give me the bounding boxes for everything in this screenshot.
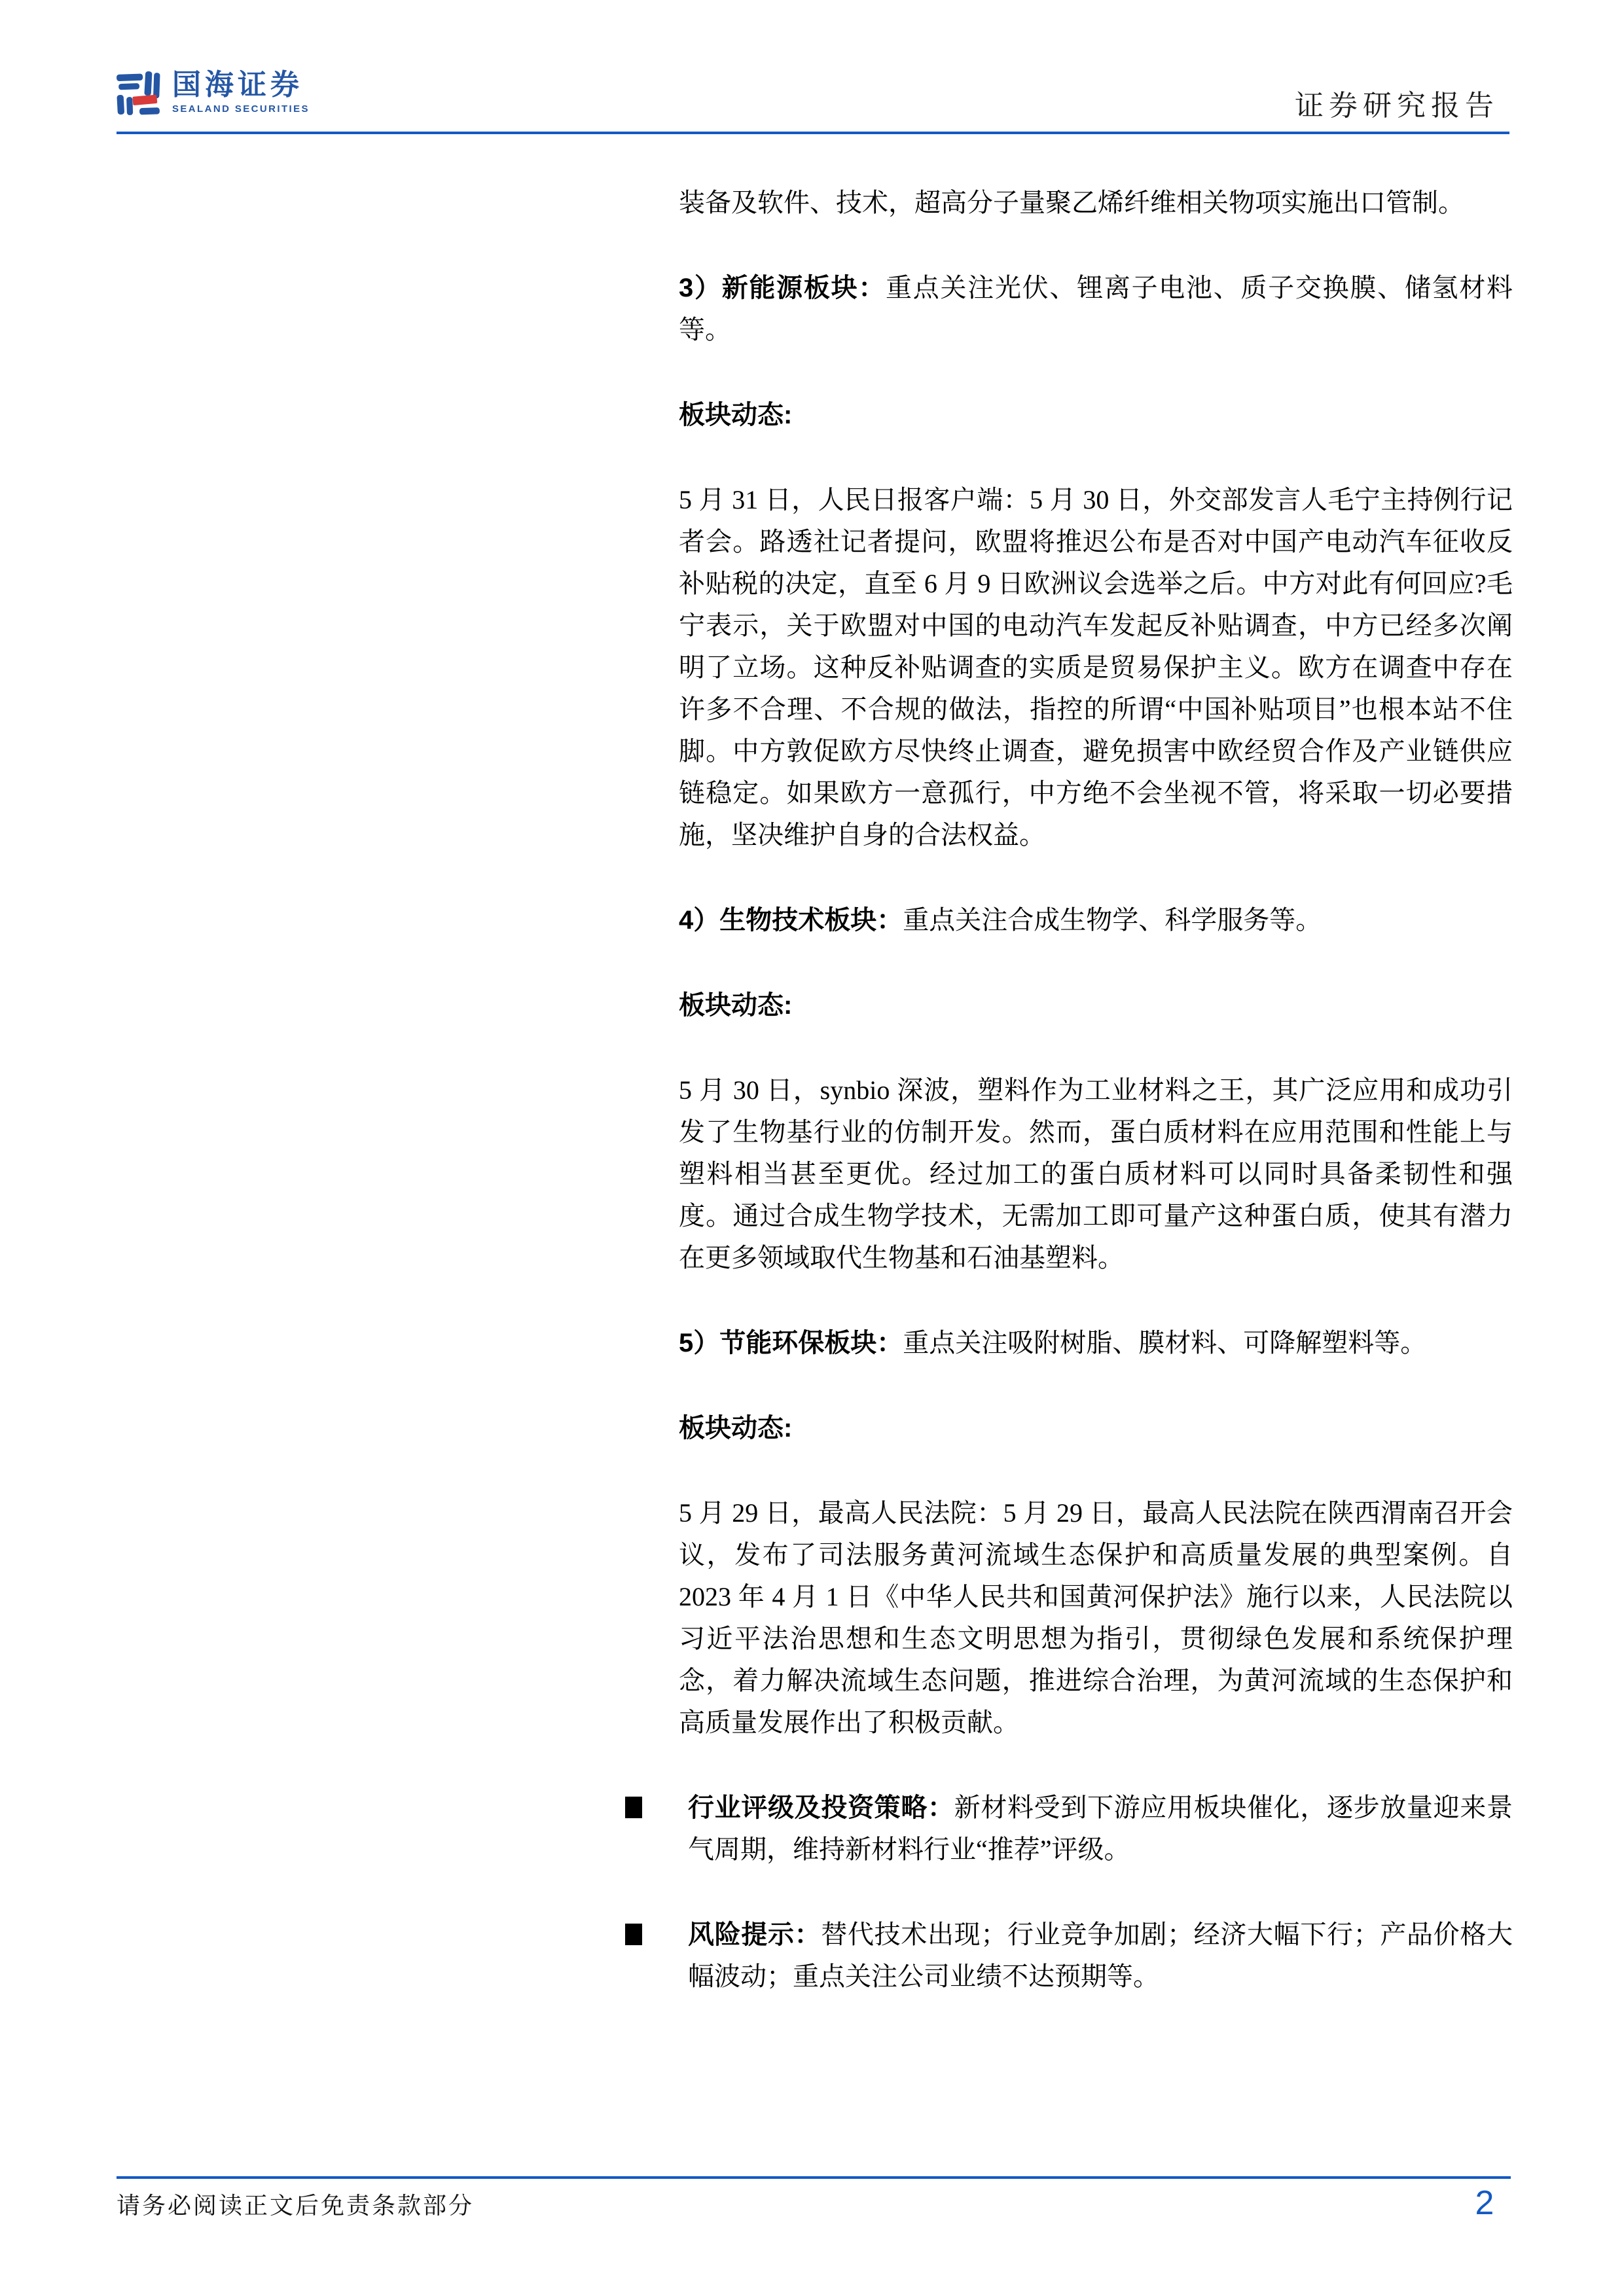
content-column: 装备及软件、技术，超高分子量聚乙烯纤维相关物项实施出口管制。3）新能源板块：重点…: [679, 182, 1513, 2041]
bullet-item: 风险提示：替代技术出现；行业竞争加剧；经济大幅下行；产品价格大幅波动；重点关注公…: [688, 1914, 1513, 1998]
section-subhead: 板块动态:: [679, 984, 1513, 1026]
page-number: 2: [1457, 2185, 1512, 2221]
company-logo: 国海证券 SEALAND SECURITIES: [115, 69, 310, 117]
paragraph-text: 重点关注吸附树脂、膜材料、可降解塑料等。: [903, 1328, 1426, 1357]
paragraph-lead: 风险提示：: [688, 1920, 821, 1949]
subhead-label: 板块动态:: [679, 401, 792, 429]
paragraph-text: 重点关注合成生物学、科学服务等。: [903, 905, 1322, 935]
body-paragraph: 5 月 29 日，最高人民法院：5 月 29 日，最高人民法院在陕西渭南召开会议…: [679, 1492, 1513, 1744]
logo-company-name: 国海证券: [172, 69, 310, 101]
paragraph-lead: 行业评级及投资策略：: [688, 1793, 954, 1822]
subhead-label: 板块动态:: [679, 1414, 792, 1443]
bullet-square-icon: [625, 1924, 642, 1945]
report-type-label: 证券研究报告: [1295, 89, 1499, 123]
body-paragraph: 5 月 31 日，人民日报客户端：5 月 30 日，外交部发言人毛宁主持例行记者…: [679, 479, 1513, 856]
paragraph-text: 5 月 30 日，synbio 深波，塑料作为工业材料之王，其广泛应用和成功引发…: [679, 1075, 1513, 1272]
footer-disclaimer: 请务必阅读正文后免责条款部分: [117, 2190, 474, 2221]
paragraph-text: 装备及软件、技术，超高分子量聚乙烯纤维相关物项实施出口管制。: [679, 188, 1464, 217]
logo-text: 国海证券 SEALAND SECURITIES: [172, 69, 310, 115]
paragraph-text: 5 月 29 日，最高人民法院：5 月 29 日，最高人民法院在陕西渭南召开会议…: [679, 1498, 1513, 1737]
body-paragraph: 3）新能源板块：重点关注光伏、锂离子电池、质子交换膜、储氢材料等。: [679, 267, 1513, 351]
paragraph-lead: 4）生物技术板块：: [679, 906, 903, 935]
footer-rule: [117, 2176, 1511, 2179]
body-paragraph: 5）节能环保板块：重点关注吸附树脂、膜材料、可降解塑料等。: [679, 1322, 1513, 1364]
body-paragraph: 装备及软件、技术，超高分子量聚乙烯纤维相关物项实施出口管制。: [679, 182, 1513, 224]
header-rule: [117, 132, 1509, 134]
section-subhead: 板块动态:: [679, 1407, 1513, 1449]
body-paragraph: 4）生物技术板块：重点关注合成生物学、科学服务等。: [679, 899, 1513, 941]
sealand-logo-mark-icon: [115, 69, 162, 117]
section-subhead: 板块动态:: [679, 394, 1513, 436]
body-paragraph: 5 月 30 日，synbio 深波，塑料作为工业材料之王，其广泛应用和成功引发…: [679, 1069, 1513, 1279]
subhead-label: 板块动态:: [679, 991, 792, 1020]
paragraph-lead: 3）新能源板块：: [679, 274, 886, 302]
logo-company-name-en: SEALAND SECURITIES: [172, 103, 310, 115]
bullet-square-icon: [625, 1797, 642, 1818]
paragraph-text: 5 月 31 日，人民日报客户端：5 月 30 日，外交部发言人毛宁主持例行记者…: [679, 485, 1513, 850]
paragraph-lead: 5）节能环保板块：: [679, 1329, 903, 1357]
bullet-item: 行业评级及投资策略：新材料受到下游应用板块催化，逐步放量迎来景气周期，维持新材料…: [688, 1787, 1513, 1871]
